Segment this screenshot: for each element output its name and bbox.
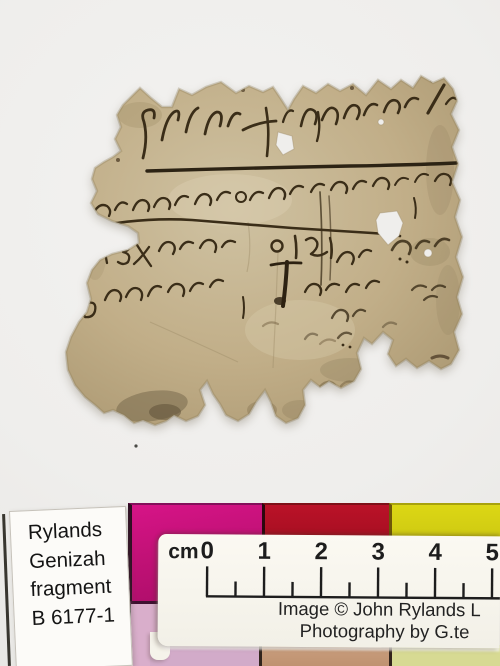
credit-line-1: Image © John Rylands L xyxy=(278,598,481,621)
ruler: cm 0 1 2 3 4 5 Image © John Rylands L xyxy=(158,534,500,648)
label-line-series: Genizah xyxy=(29,543,128,576)
dust-speck xyxy=(134,444,137,447)
manuscript-fragment xyxy=(0,0,500,505)
label-line-collection: Rylands xyxy=(27,515,126,548)
label-line-type: fragment xyxy=(30,572,129,605)
photo-stage: cm 0 1 2 3 4 5 Image © John Rylands L xyxy=(0,0,500,666)
label-line-shelfmark: B 6177-1 xyxy=(31,600,130,633)
credit-line-2: Photography by G.te xyxy=(300,620,470,643)
label-card: Rylands Genizah fragment B 6177-1 xyxy=(9,506,133,666)
calibration-patch-tan xyxy=(259,645,392,666)
